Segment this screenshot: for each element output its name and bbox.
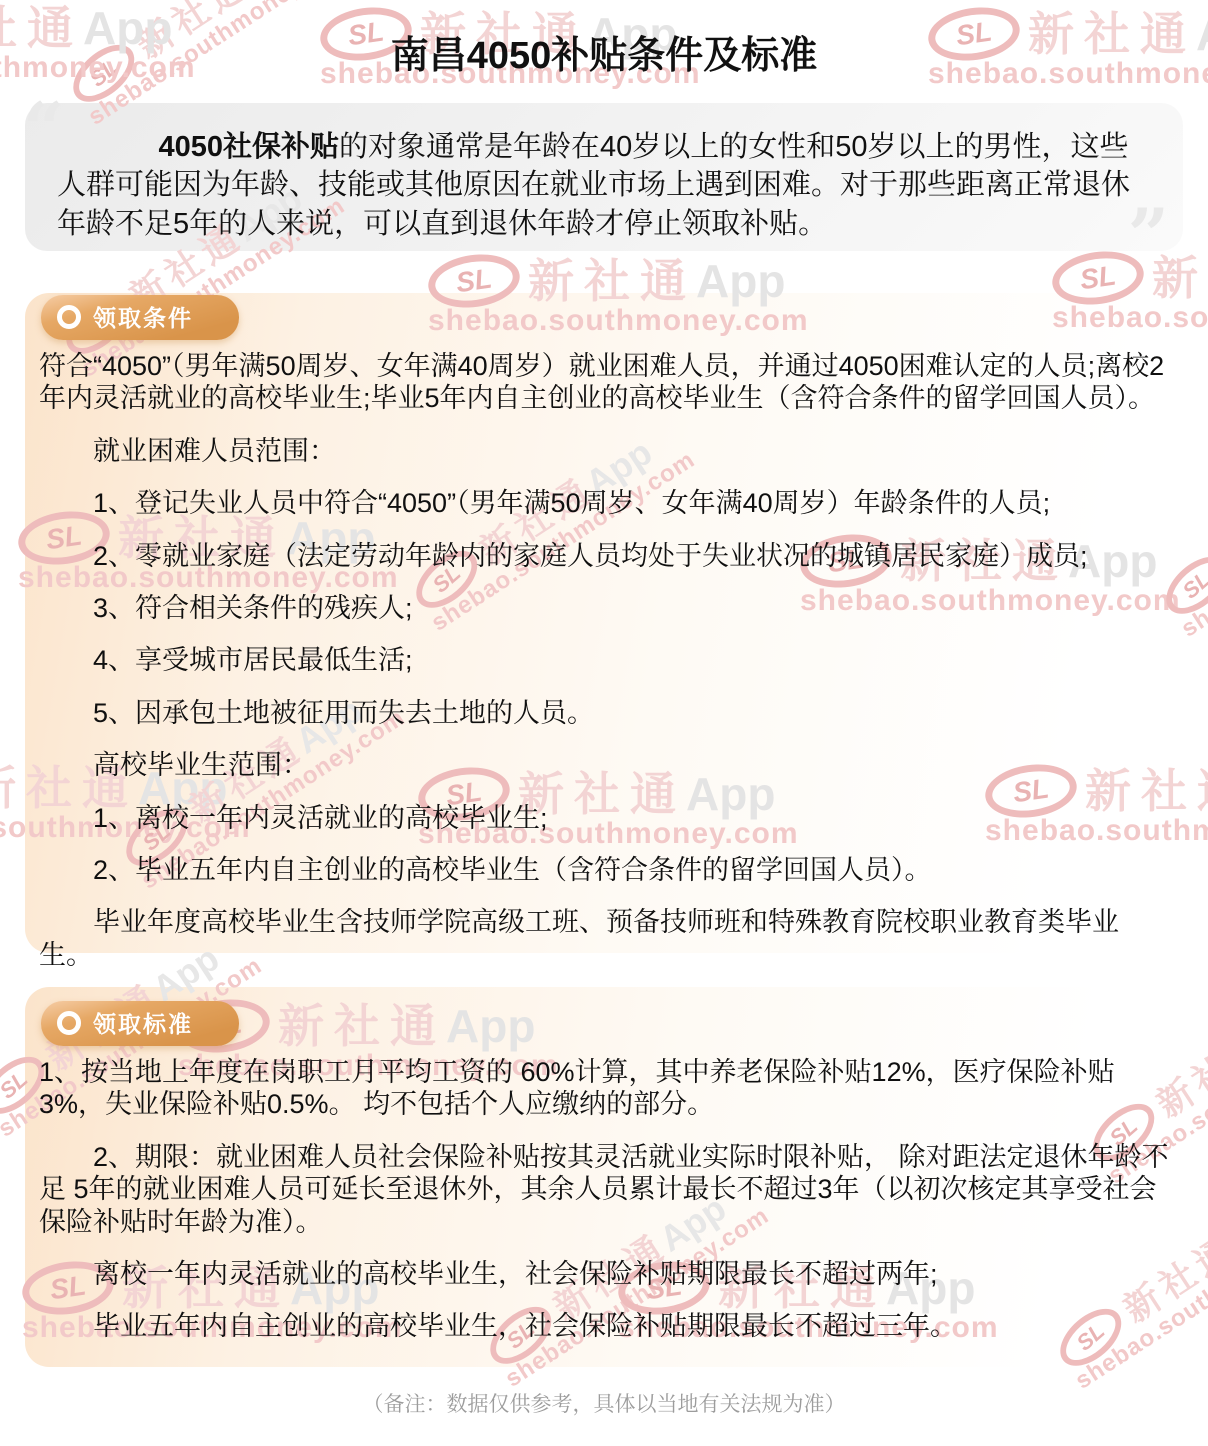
section-standards-paragraphs: 1、按当地上年度在岗职工月平均工资的 60%计算，其中养老保险补贴12%，医疗保… xyxy=(39,1056,1169,1343)
intro-quote-block: “ ” 4050社保补贴的对象通常是年龄在40岁以上的女性和50岁以上的男性，这… xyxy=(25,103,1183,251)
paragraph: 离校一年内灵活就业的高校毕业生，社会保险补贴期限最长不超过两年; xyxy=(39,1258,1169,1290)
paragraph: 就业困难人员范围： xyxy=(39,435,1169,467)
ring-icon xyxy=(57,1011,81,1035)
paragraph: 2、毕业五年内自主创业的高校毕业生（含符合条件的留学回国人员）。 xyxy=(39,854,1169,886)
paragraph: 2、期限：就业困难人员社会保险补贴按其灵活就业实际时限补贴， 除对距法定退休年龄… xyxy=(39,1141,1169,1238)
section-conditions-paragraphs: 符合“4050”（男年满50周岁、女年满40周岁）就业困难人员，并通过4050困… xyxy=(39,350,1169,971)
page-title: 南昌4050补贴条件及标准 xyxy=(0,0,1208,79)
page: SL新社通Appshebao.southmoney.comSL新社通Appshe… xyxy=(0,0,1208,1446)
footer-note: （备注：数据仅供参考，具体以当地有关法规为准） xyxy=(0,1388,1208,1418)
section-conditions: 领取条件 符合“4050”（男年满50周岁、女年满40周岁）就业困难人员，并通过… xyxy=(25,293,1183,953)
paragraph: 3、符合相关条件的残疾人; xyxy=(39,592,1169,624)
paragraph: 5、因承包土地被征用而失去土地的人员。 xyxy=(39,697,1169,729)
paragraph: 1、登记失业人员中符合“4050”（男年满50周岁、女年满40周岁）年龄条件的人… xyxy=(39,487,1169,519)
paragraph: 4、享受城市居民最低生活; xyxy=(39,644,1169,676)
paragraph: 1、按当地上年度在岗职工月平均工资的 60%计算，其中养老保险补贴12%，医疗保… xyxy=(39,1056,1169,1121)
paragraph: 1、离校一年内灵活就业的高校毕业生; xyxy=(39,802,1169,834)
section-conditions-heading-pill: 领取条件 xyxy=(41,295,239,340)
paragraph: 2、零就业家庭（法定劳动年龄内的家庭人员均处于失业状况的城镇居民家庭）成员; xyxy=(39,540,1169,572)
paragraph: 毕业五年内自主创业的高校毕业生，社会保险补贴期限最长不超过三年。 xyxy=(39,1310,1169,1342)
section-heading-label: 领取标准 xyxy=(93,1006,193,1039)
intro-paragraph: 4050社保补贴的对象通常是年龄在40岁以上的女性和50岁以上的男性，这些人群可… xyxy=(25,103,1183,243)
section-standards-heading-pill: 领取标准 xyxy=(41,1001,239,1046)
section-heading-label: 领取条件 xyxy=(93,300,193,333)
paragraph: 毕业年度高校毕业生含技师学院高级工班、预备技师班和特殊教育院校职业教育类毕业生。 xyxy=(39,906,1169,971)
paragraph: 符合“4050”（男年满50周岁、女年满40周岁）就业困难人员，并通过4050困… xyxy=(39,350,1169,415)
paragraph: 高校毕业生范围： xyxy=(39,749,1169,781)
intro-lead-bold: 4050社保补贴 xyxy=(159,131,340,163)
section-standards: 领取标准 1、按当地上年度在岗职工月平均工资的 60%计算，其中养老保险补贴12… xyxy=(25,987,1183,1367)
ring-icon xyxy=(57,305,81,329)
